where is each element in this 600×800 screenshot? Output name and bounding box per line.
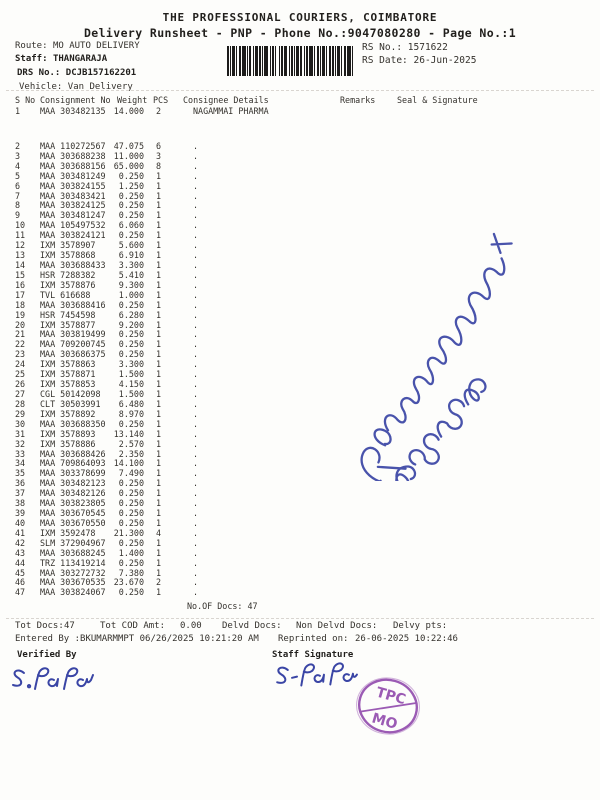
row-consignee: . [193,430,340,440]
row-consignee: NAGAMMAI PHARMA [193,107,340,117]
delvd-docs-label: Delvd Docs: [222,621,282,631]
drs-label: DRS No.: [17,68,60,78]
delvy-pts-label: Delvy pts: [393,621,447,631]
row-sno: 6 [0,182,40,192]
row-remarks [340,578,397,588]
row-consignee: . [193,469,340,479]
route-label: Route: [15,41,48,51]
row-sno: 2 [0,142,40,152]
row-pcs: 1 [144,420,193,430]
row-consignee: . [193,569,340,579]
row-consignee: . [193,578,340,588]
row-remarks [340,539,397,549]
row-consignee: . [193,509,340,519]
rs-no-line: RS No.: 1571622 [362,42,448,53]
row-consignee: . [193,370,340,380]
row-consignment-no: MAA 303824067 [40,588,106,598]
row-consignee: . [193,479,340,489]
row-seal-signature [397,107,600,117]
row-pcs: 1 [144,549,193,559]
row-consignee: . [193,529,340,539]
row-pcs: 1 [144,301,193,311]
row-consignee: . [193,172,340,182]
row-remarks [340,559,397,569]
row-pcs: 1 [144,410,193,420]
row-remarks [340,182,397,192]
row-consignee: . [193,400,340,410]
row-remarks [340,489,397,499]
row-pcs: 1 [144,489,193,499]
row-pcs: 1 [144,281,193,291]
tot-cod-label: Tot COD Amt: [100,621,165,631]
row-remarks [340,152,397,162]
row-consignee: . [193,450,340,460]
row-seal-signature [397,569,600,579]
row-consignee: . [193,192,340,202]
row-pcs: 1 [144,370,193,380]
row-consignee: . [193,162,340,172]
tot-docs-value: 47 [64,621,75,631]
row-sno: 47 [0,588,40,598]
row-seal-signature [397,519,600,529]
row-remarks [340,107,397,117]
col-weight: Weight [117,95,147,105]
row-pcs: 1 [144,360,193,370]
row-consignee: . [193,340,340,350]
row-pcs: 1 [144,450,193,460]
route-value: MO AUTO DELIVERY [53,41,140,51]
row-seal-signature [397,509,600,519]
row-pcs: 1 [144,172,193,182]
row-remarks [340,172,397,182]
row-pcs: 1 [144,231,193,241]
row-pcs: 1 [144,400,193,410]
row-seal-signature [397,162,600,172]
row-consignee: . [193,459,340,469]
row-pcs: 1 [144,201,193,211]
row-consignee: . [193,380,340,390]
row-pcs: 1 [144,380,193,390]
row-consignee: . [193,291,340,301]
table-row: 1 MAA 303482135 14.000 2 NAGAMMAI PHARMA [0,107,600,117]
tpc-mo-stamp: TPC MO [346,664,430,748]
row-sno: 8 [0,201,40,211]
runner-signature-ink [333,196,588,481]
row-pcs: 1 [144,430,193,440]
row-consignee: . [193,519,340,529]
row-weight: 0.250 [106,588,144,598]
non-delvd-docs-label: Non Delvd Docs: [296,621,377,631]
row-pcs: 4 [144,529,193,539]
col-consignee: Consignee Details [183,95,269,105]
row-remarks [340,549,397,559]
row-seal-signature [397,578,600,588]
row-pcs: 1 [144,519,193,529]
col-sno: S No [15,95,35,105]
row-remarks [340,519,397,529]
row-consignee: . [193,241,340,251]
row-seal-signature [397,529,600,539]
row-consignee: . [193,588,340,598]
delivery-runsheet-page: THE PROFESSIONAL COURIERS, COIMBATORE De… [0,0,600,800]
rs-date-label: RS Date: [362,55,408,66]
row-sno: 4 [0,162,40,172]
row-consignee: . [193,182,340,192]
row-pcs: 1 [144,221,193,231]
row-consignee: . [193,211,340,221]
col-pcs: PCS [153,95,168,105]
row-sno: 5 [0,172,40,182]
row-consignee: . [193,251,340,261]
page-subtitle: Delivery Runsheet - PNP - Phone No.:9047… [0,26,600,40]
staff-line: Staff: THANGARAJA [15,54,107,64]
row-sno: 32 [0,440,40,450]
row-seal-signature [397,142,600,152]
row-pcs: 1 [144,251,193,261]
row-pcs: 1 [144,291,193,301]
row-consignee: . [193,559,340,569]
verified-by-label: Verified By [17,650,77,660]
row-consignee: . [193,271,340,281]
row-pcs: 1 [144,459,193,469]
row-sno: 7 [0,192,40,202]
row-pcs: 1 [144,390,193,400]
row-pcs: 1 [144,321,193,331]
row-seal-signature [397,182,600,192]
row-consignee: . [193,350,340,360]
row-seal-signature [397,489,600,499]
row-pcs: 1 [144,569,193,579]
reprinted-value: 26-06-2025 10:22:46 [355,634,458,644]
row-consignee: . [193,410,340,420]
row-pcs: 1 [144,469,193,479]
row-weight: 2.570 [106,440,144,450]
rs-date-value: 26-Jun-2025 [414,55,477,66]
row-consignment-no: MAA 303482135 [40,107,106,117]
row-pcs: 1 [144,509,193,519]
row-seal-signature [397,539,600,549]
staff-value: THANGARAJA [53,54,107,64]
row-remarks [340,569,397,579]
reprinted-label: Reprinted on: [278,634,348,644]
row-sno: 1 [0,107,40,117]
stamp-line1: TPC [374,685,407,709]
barcode [227,46,353,76]
row-pcs: 2 [144,578,193,588]
table-top-divider [6,90,594,91]
row-consignment-no: IXM 3578886 [40,440,106,450]
row-seal-signature [397,559,600,569]
row-consignee: . [193,420,340,430]
row-pcs: 1 [144,182,193,192]
row-pcs: 1 [144,330,193,340]
row-pcs: 1 [144,271,193,281]
row-sno: 3 [0,152,40,162]
rs-no-value: 1571622 [408,42,448,53]
page-title: THE PROFESSIONAL COURIERS, COIMBATORE [0,11,600,24]
row-weight: 14.000 [106,107,144,117]
row-remarks [340,142,397,152]
row-seal-signature [397,172,600,182]
row-pcs: 1 [144,311,193,321]
drs-value: DCJB157162201 [66,68,136,78]
row-consignee: . [193,390,340,400]
barcode-image [227,46,353,76]
no-of-docs: No.OF Docs: 47 [187,601,258,611]
tot-cod-value: 0.00 [180,621,202,631]
row-consignee: . [193,301,340,311]
row-pcs: 1 [144,211,193,221]
row-consignee: . [193,142,340,152]
totals-divider [6,618,594,619]
col-remarks: Remarks [340,95,375,105]
staff-label: Staff: [15,54,48,64]
verified-signature-ink [8,662,94,698]
row-pcs: 1 [144,241,193,251]
row-pcs: 1 [144,499,193,509]
row-pcs: 1 [144,559,193,569]
audit-line: Entered By :BKUMARMMPT 06/26/2025 10:21:… [0,634,600,646]
row-pcs: 1 [144,588,193,598]
rs-no-label: RS No.: [362,42,402,53]
row-seal-signature [397,588,600,598]
rs-date-line: RS Date: 26-Jun-2025 [362,55,476,66]
row-consignee: . [193,261,340,271]
row-pcs: 1 [144,350,193,360]
row-consignee: . [193,201,340,211]
row-consignee: . [193,231,340,241]
row-consignee: . [193,281,340,291]
row-pcs: 1 [144,192,193,202]
route-line: Route: MO AUTO DELIVERY [15,41,140,51]
col-consignment: Consignment No [40,95,111,105]
drs-line: DRS No.: DCJB157162201 [17,68,136,78]
entered-by: Entered By :BKUMARMMPT 06/26/2025 10:21:… [15,634,259,644]
table-row: 47 MAA 303824067 0.250 1 . [0,588,600,598]
row-consignee: . [193,311,340,321]
row-pcs: 1 [144,261,193,271]
row-remarks [340,499,397,509]
row-consignee: . [193,330,340,340]
row-pcs: 1 [144,340,193,350]
row-consignee: . [193,549,340,559]
row-pcs: 1 [144,440,193,450]
row-consignee: . [193,440,340,450]
row-remarks [340,529,397,539]
row-seal-signature [397,499,600,509]
row-consignee: . [193,360,340,370]
row-remarks [340,509,397,519]
row-consignee: . [193,221,340,231]
col-seal: Seal & Signature [397,95,478,105]
row-seal-signature [397,152,600,162]
row-consignee: . [193,152,340,162]
row-pcs: 8 [144,162,193,172]
row-remarks [340,588,397,598]
row-consignee: . [193,321,340,331]
row-seal-signature [397,549,600,559]
row-pcs: 6 [144,142,193,152]
row-pcs: 2 [144,107,193,117]
row-pcs: 3 [144,152,193,162]
row-remarks [340,162,397,172]
row-consignee: . [193,539,340,549]
row-pcs: 1 [144,479,193,489]
tot-docs-label: Tot Docs: [15,621,64,631]
row-consignee: . [193,499,340,509]
row-pcs: 1 [144,539,193,549]
totals-line: Tot Docs: 47 Tot COD Amt: 0.00 Delvd Doc… [0,621,600,633]
row-consignee: . [193,489,340,499]
